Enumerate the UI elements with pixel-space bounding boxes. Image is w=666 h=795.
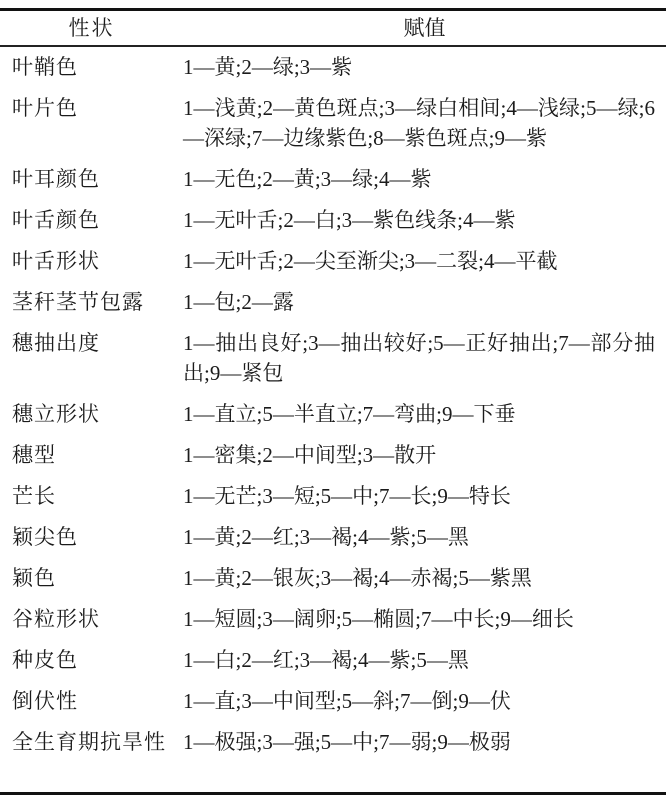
- trait-cell: 芒长: [0, 481, 183, 511]
- table-row: 种皮色 1—白;2—红;3—褐;4—紫;5—黑: [0, 640, 666, 681]
- value-cell: 1—包;2—露: [183, 287, 666, 317]
- table-row: 叶鞘色 1—黄;2—绿;3—紫: [0, 47, 666, 88]
- trait-cell: 叶舌颜色: [0, 205, 183, 235]
- trait-cell: 叶舌形状: [0, 246, 183, 276]
- trait-cell: 茎秆茎节包露: [0, 287, 183, 317]
- value-column-header: 赋值: [183, 13, 666, 43]
- trait-cell: 全生育期抗旱性: [0, 727, 183, 757]
- value-cell: 1—直立;5—半直立;7—弯曲;9—下垂: [183, 399, 666, 429]
- trait-cell: 叶片色: [0, 93, 183, 123]
- table-header-row: 性状 赋值: [0, 11, 666, 45]
- trait-cell: 穗立形状: [0, 399, 183, 429]
- value-cell: 1—无叶舌;2—白;3—紫色线条;4—紫: [183, 205, 666, 235]
- value-cell: 1—黄;2—银灰;3—褐;4—赤褐;5—紫黑: [183, 563, 666, 593]
- value-cell: 1—无芒;3—短;5—中;7—长;9—特长: [183, 481, 666, 511]
- table-row: 谷粒形状 1—短圆;3—阔卵;5—椭圆;7—中长;9—细长: [0, 599, 666, 640]
- trait-cell: 叶鞘色: [0, 52, 183, 82]
- trait-cell: 穗抽出度: [0, 328, 183, 358]
- paper-table: 性状 赋值 叶鞘色 1—黄;2—绿;3—紫 叶片色 1—浅黄;2—黄色斑点;3—…: [0, 0, 666, 795]
- value-cell: 1—抽出良好;3—抽出较好;5—正好抽出;7—部分抽出;9—紧包: [183, 328, 666, 388]
- value-cell: 1—无色;2—黄;3—绿;4—紫: [183, 164, 666, 194]
- trait-cell: 倒伏性: [0, 686, 183, 716]
- table-row: 穗立形状 1—直立;5—半直立;7—弯曲;9—下垂: [0, 394, 666, 435]
- trait-cell: 谷粒形状: [0, 604, 183, 634]
- table-row: 穗型 1—密集;2—中间型;3—散开: [0, 435, 666, 476]
- value-cell: 1—极强;3—强;5—中;7—弱;9—极弱: [183, 727, 666, 757]
- value-cell: 1—无叶舌;2—尖至渐尖;3—二裂;4—平截: [183, 246, 666, 276]
- trait-cell: 颖尖色: [0, 522, 183, 552]
- trait-cell: 叶耳颜色: [0, 164, 183, 194]
- value-cell: 1—直;3—中间型;5—斜;7—倒;9—伏: [183, 686, 666, 716]
- table-body: 叶鞘色 1—黄;2—绿;3—紫 叶片色 1—浅黄;2—黄色斑点;3—绿白相间;4…: [0, 47, 666, 763]
- table-row: 倒伏性 1—直;3—中间型;5—斜;7—倒;9—伏: [0, 681, 666, 722]
- table-row: 芒长 1—无芒;3—短;5—中;7—长;9—特长: [0, 476, 666, 517]
- table-row: 穗抽出度 1—抽出良好;3—抽出较好;5—正好抽出;7—部分抽出;9—紧包: [0, 323, 666, 394]
- value-cell: 1—密集;2—中间型;3—散开: [183, 440, 666, 470]
- table-row: 全生育期抗旱性 1—极强;3—强;5—中;7—弱;9—极弱: [0, 722, 666, 763]
- table-row: 颖尖色 1—黄;2—红;3—褐;4—紫;5—黑: [0, 517, 666, 558]
- table-row: 颖色 1—黄;2—银灰;3—褐;4—赤褐;5—紫黑: [0, 558, 666, 599]
- table-row: 叶舌颜色 1—无叶舌;2—白;3—紫色线条;4—紫: [0, 200, 666, 241]
- table-row: 叶耳颜色 1—无色;2—黄;3—绿;4—紫: [0, 159, 666, 200]
- table-row: 叶片色 1—浅黄;2—黄色斑点;3—绿白相间;4—浅绿;5—绿;6—深绿;7—边…: [0, 88, 666, 159]
- table-row: 叶舌形状 1—无叶舌;2—尖至渐尖;3—二裂;4—平截: [0, 241, 666, 282]
- value-cell: 1—白;2—红;3—褐;4—紫;5—黑: [183, 645, 666, 675]
- trait-cell: 种皮色: [0, 645, 183, 675]
- table-row: 茎秆茎节包露 1—包;2—露: [0, 282, 666, 323]
- value-cell: 1—黄;2—红;3—褐;4—紫;5—黑: [183, 522, 666, 552]
- trait-cell: 颖色: [0, 563, 183, 593]
- value-cell: 1—黄;2—绿;3—紫: [183, 52, 666, 82]
- value-cell: 1—浅黄;2—黄色斑点;3—绿白相间;4—浅绿;5—绿;6—深绿;7—边缘紫色;…: [183, 93, 666, 153]
- trait-cell: 穗型: [0, 440, 183, 470]
- value-cell: 1—短圆;3—阔卵;5—椭圆;7—中长;9—细长: [183, 604, 666, 634]
- trait-column-header: 性状: [0, 13, 183, 43]
